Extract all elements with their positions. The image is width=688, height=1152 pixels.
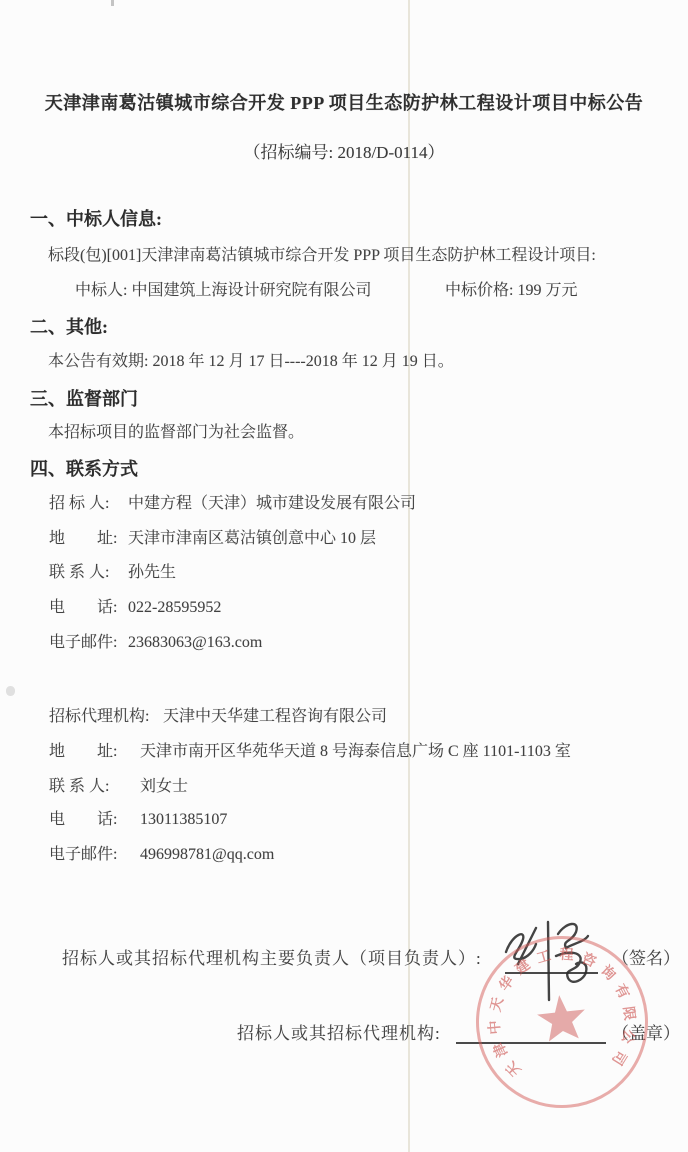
tender-number: （招标编号: 2018/D-0114）: [0, 142, 688, 163]
tenderer-email-row: 电子邮件:23683063@163.com: [49, 633, 262, 653]
contact-label: 联 系 人:: [49, 563, 128, 583]
seal-character: 程: [558, 948, 575, 965]
agency-contact-row: 联 系 人:刘女士: [49, 777, 188, 797]
validity-line: 本公告有效期: 2018 年 12 月 17 日----2018 年 12 月 …: [48, 352, 454, 372]
seal-character: 公: [617, 1027, 636, 1046]
email-label: 电子邮件:: [49, 633, 128, 653]
address-label: 地 址:: [49, 742, 140, 762]
phone-value: 13011385107: [140, 811, 227, 828]
agency-phone-row: 电 话:13011385107: [49, 810, 227, 830]
price-line: 中标价格: 199 万元: [445, 281, 577, 301]
agency-address-row: 地 址:天津市南开区华苑华天道 8 号海泰信息广场 C 座 1101-1103 …: [49, 742, 571, 762]
section2-heading: 二、其他:: [30, 316, 108, 339]
tenderer-label: 招 标 人:: [49, 494, 128, 514]
price-value: 199 万元: [517, 282, 577, 299]
winner-line: 中标人: 中国建筑上海设计研究院有限公司: [75, 281, 371, 301]
winner-label: 中标人:: [75, 282, 127, 299]
email-value: 496998781@qq.com: [140, 846, 274, 863]
tenderer-contact-row: 联 系 人:孙先生: [49, 563, 176, 583]
phone-label: 电 话:: [49, 598, 128, 618]
tenderer-value: 中建方程（天津）城市建设发展有限公司: [128, 495, 416, 512]
tenderer-phone-row: 电 话:022-28595952: [49, 598, 221, 618]
agency-row: 招标代理机构:天津中天华建工程咨询有限公司: [49, 707, 387, 727]
scanned-document-page: 天津津南葛沽镇城市综合开发 PPP 项目生态防护林工程设计项目中标公告 （招标编…: [0, 0, 688, 1152]
winner-value: 中国建筑上海设计研究院有限公司: [131, 282, 371, 299]
address-label: 地 址:: [49, 529, 128, 549]
supervision-line: 本招标项目的监督部门为社会监督。: [48, 423, 304, 443]
seal-character: 限: [618, 1005, 636, 1023]
agency-email-row: 电子邮件:496998781@qq.com: [49, 845, 274, 865]
section4-heading: 四、联系方式: [30, 458, 138, 481]
contact-value: 孙先生: [128, 564, 176, 581]
email-value: 23683063@163.com: [128, 634, 262, 651]
principal-signature-label: 招标人或其招标代理机构主要负责人（项目负责人）:: [62, 948, 482, 969]
tenderer-address-row: 地 址:天津市津南区葛沽镇创意中心 10 层: [49, 529, 376, 549]
organization-seal-label: 招标人或其招标代理机构:: [237, 1023, 441, 1044]
phone-label: 电 话:: [49, 810, 140, 830]
seal-character: 中: [488, 1019, 505, 1036]
lot-line: 标段(包)[001]天津津南葛沽镇城市综合开发 PPP 项目生态防护林工程设计项…: [48, 246, 596, 266]
contact-value: 刘女士: [140, 778, 188, 795]
scan-crease-line: [408, 0, 410, 1152]
company-seal-stamp: 天津中天华建工程咨询有限公司: [467, 927, 656, 1116]
tenderer-row: 招 标 人:中建方程（天津）城市建设发展有限公司: [49, 494, 416, 514]
address-value: 天津市津南区葛沽镇创意中心 10 层: [128, 530, 376, 547]
agency-value: 天津中天华建工程咨询有限公司: [163, 708, 387, 725]
phone-value: 022-28595952: [128, 599, 221, 616]
document-title: 天津津南葛沽镇城市综合开发 PPP 项目生态防护林工程设计项目中标公告: [0, 92, 688, 115]
agency-label: 招标代理机构:: [49, 707, 163, 727]
contact-label: 联 系 人:: [49, 777, 140, 797]
email-label: 电子邮件:: [49, 845, 140, 865]
section3-heading: 三、监督部门: [30, 388, 138, 411]
scan-smudge: [6, 686, 15, 696]
price-label: 中标价格:: [445, 282, 513, 299]
address-value: 天津市南开区华苑华天道 8 号海泰信息广场 C 座 1101-1103 室: [140, 743, 571, 760]
section1-heading: 一、中标人信息:: [30, 208, 162, 231]
scan-mark: [111, 0, 114, 6]
